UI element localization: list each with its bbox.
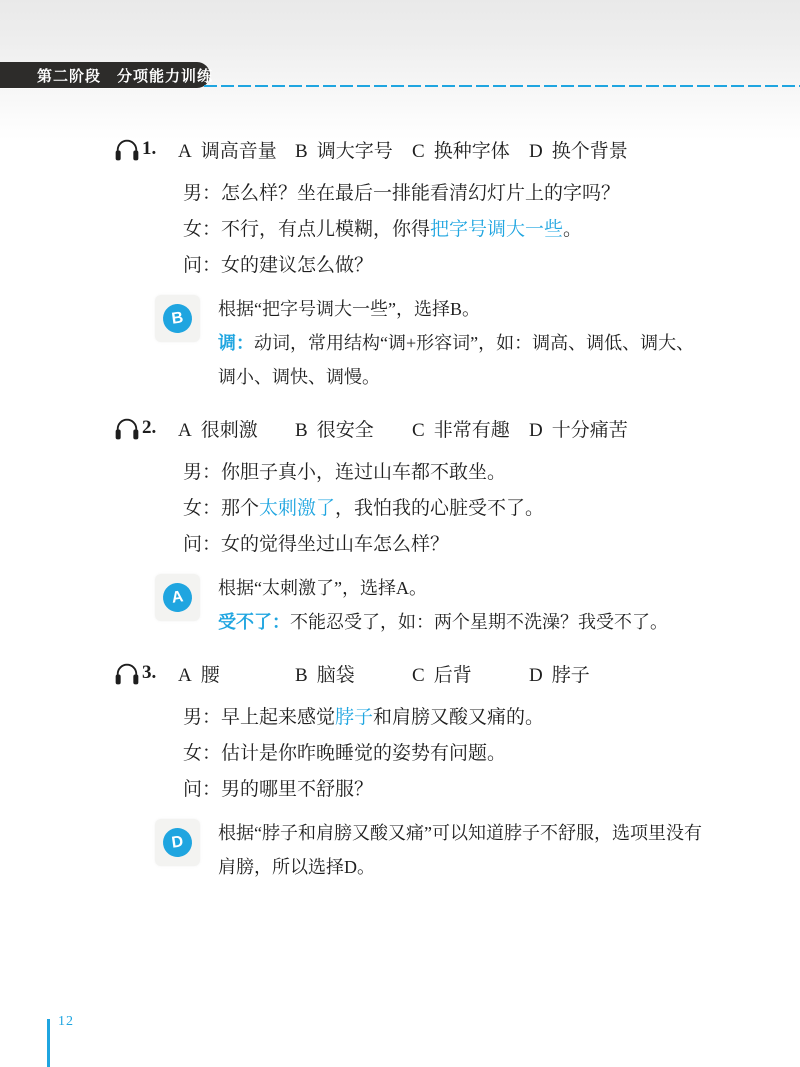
dialogue-line-male: 男：早上起来感觉脖子和肩膀又酸又痛的。 xyxy=(183,700,760,736)
header-dashed-rule xyxy=(204,85,800,87)
answer-badge: A xyxy=(161,581,194,614)
answer-badge-sticker: D xyxy=(155,819,200,866)
speaker-label: 问： xyxy=(183,534,221,555)
option-d: D脖子 xyxy=(529,660,590,687)
explanation-entry: 调：动词，常用结构“调+形容词”，如：调高、调低、调大、调小、调快、调慢。 xyxy=(218,326,703,394)
question-2: 2. A很刺激 B很安全 C非常有趣 D十分痛苦 男：你胆子真小，连过山车都不敢… xyxy=(112,416,760,639)
question-2-options: A很刺激 B很安全 C非常有趣 D十分痛苦 xyxy=(178,415,628,442)
highlighted-phrase: 太刺激了 xyxy=(259,498,335,519)
explanation-entry: 根据“太刺激了”，选择A。 xyxy=(218,571,703,605)
dialogue-line-female: 女：那个太刺激了，我怕我的心脏受不了。 xyxy=(183,491,760,527)
question-3-dialogue: 男：早上起来感觉脖子和肩膀又酸又痛的。 女：估计是你昨晚睡觉的姿势有问题。 问：… xyxy=(183,700,760,808)
answer-badge: D xyxy=(161,826,194,859)
option-c: C换种字体 xyxy=(412,136,529,163)
headphone-icon xyxy=(112,417,142,441)
dialogue-line-male: 男：你胆子真小，连过山车都不敢坐。 xyxy=(183,455,760,491)
question-3-header: 3. A腰 B脑袋 C后背 D脖子 xyxy=(112,661,760,685)
question-2-header: 2. A很刺激 B很安全 C非常有趣 D十分痛苦 xyxy=(112,416,760,440)
speaker-label: 女： xyxy=(183,219,221,240)
question-2-dialogue: 男：你胆子真小，连过山车都不敢坐。 女：那个太刺激了，我怕我的心脏受不了。 问：… xyxy=(183,455,760,563)
question-number: 1. xyxy=(142,138,178,160)
dialogue-line-male: 男：怎么样？坐在最后一排能看清幻灯片上的字吗？ xyxy=(183,176,760,212)
answer-badge-sticker: A xyxy=(155,574,200,621)
option-d: D十分痛苦 xyxy=(529,415,628,442)
exercise-content: 1. A调高音量 B调大字号 C换种字体 D换个背景 男：怎么样？坐在最后一排能… xyxy=(112,137,760,884)
dialogue-line-female: 女：不行，有点儿模糊，你得把字号调大一些。 xyxy=(183,212,760,248)
explanation-entry: 受不了：不能忍受了，如：两个星期不洗澡？我受不了。 xyxy=(218,605,703,639)
speaker-label: 女： xyxy=(183,498,221,519)
option-b: B很安全 xyxy=(295,415,412,442)
headphone-icon xyxy=(112,662,142,686)
question-3-options: A腰 B脑袋 C后背 D脖子 xyxy=(178,660,590,687)
section-header-label: 第二阶段 分项能力训练 xyxy=(37,65,213,86)
speaker-label: 问： xyxy=(183,779,221,800)
question-number: 3. xyxy=(142,662,178,684)
dialogue-line-question: 问：男的哪里不舒服？ xyxy=(183,772,760,808)
section-header-banner: 第二阶段 分项能力训练 xyxy=(0,62,210,88)
question-number: 2. xyxy=(142,417,178,439)
explanation-entry: 根据“脖子和肩膀又酸又痛”可以知道脖子不舒服，选项里没有肩膀，所以选择D。 xyxy=(218,816,703,884)
dialogue-line-question: 问：女的建议怎么做？ xyxy=(183,248,760,284)
highlighted-phrase: 把字号调大一些 xyxy=(430,219,563,240)
question-3: 3. A腰 B脑袋 C后背 D脖子 男：早上起来感觉脖子和肩膀又酸又痛的。 女：… xyxy=(112,661,760,884)
question-3-explanation: D 根据“脖子和肩膀又酸又痛”可以知道脖子不舒服，选项里没有肩膀，所以选择D。 xyxy=(155,816,703,884)
option-b: B脑袋 xyxy=(295,660,412,687)
option-c: C非常有趣 xyxy=(412,415,529,442)
question-1-options: A调高音量 B调大字号 C换种字体 D换个背景 xyxy=(178,136,628,163)
speaker-label: 男： xyxy=(183,183,221,204)
dialogue-line-female: 女：估计是你昨晚睡觉的姿势有问题。 xyxy=(183,736,760,772)
option-c: C后背 xyxy=(412,660,529,687)
question-1-explanation: B 根据“把字号调大一些”，选择B。 调：动词，常用结构“调+形容词”，如：调高… xyxy=(155,292,703,394)
dialogue-line-question: 问：女的觉得坐过山车怎么样？ xyxy=(183,527,760,563)
glossary-term: 调： xyxy=(218,333,254,353)
speaker-label: 问： xyxy=(183,255,221,276)
page-number-rule xyxy=(47,1019,50,1067)
question-1: 1. A调高音量 B调大字号 C换种字体 D换个背景 男：怎么样？坐在最后一排能… xyxy=(112,137,760,394)
question-2-explanation: A 根据“太刺激了”，选择A。 受不了：不能忍受了，如：两个星期不洗澡？我受不了… xyxy=(155,571,703,639)
speaker-label: 男： xyxy=(183,707,221,728)
highlighted-phrase: 脖子 xyxy=(335,707,373,728)
headphone-icon xyxy=(112,138,142,162)
question-1-header: 1. A调高音量 B调大字号 C换种字体 D换个背景 xyxy=(112,137,760,161)
question-1-dialogue: 男：怎么样？坐在最后一排能看清幻灯片上的字吗？ 女：不行，有点儿模糊，你得把字号… xyxy=(183,176,760,284)
speaker-label: 男： xyxy=(183,462,221,483)
option-d: D换个背景 xyxy=(529,136,628,163)
option-a: A腰 xyxy=(178,660,295,687)
speaker-label: 女： xyxy=(183,743,221,764)
explanation-entry: 根据“把字号调大一些”，选择B。 xyxy=(218,292,703,326)
option-b: B调大字号 xyxy=(295,136,412,163)
answer-badge: B xyxy=(161,302,194,335)
option-a: A调高音量 xyxy=(178,136,295,163)
page-number: 12 xyxy=(58,1014,74,1030)
glossary-term: 受不了： xyxy=(218,612,290,632)
answer-badge-sticker: B xyxy=(155,295,200,342)
option-a: A很刺激 xyxy=(178,415,295,442)
